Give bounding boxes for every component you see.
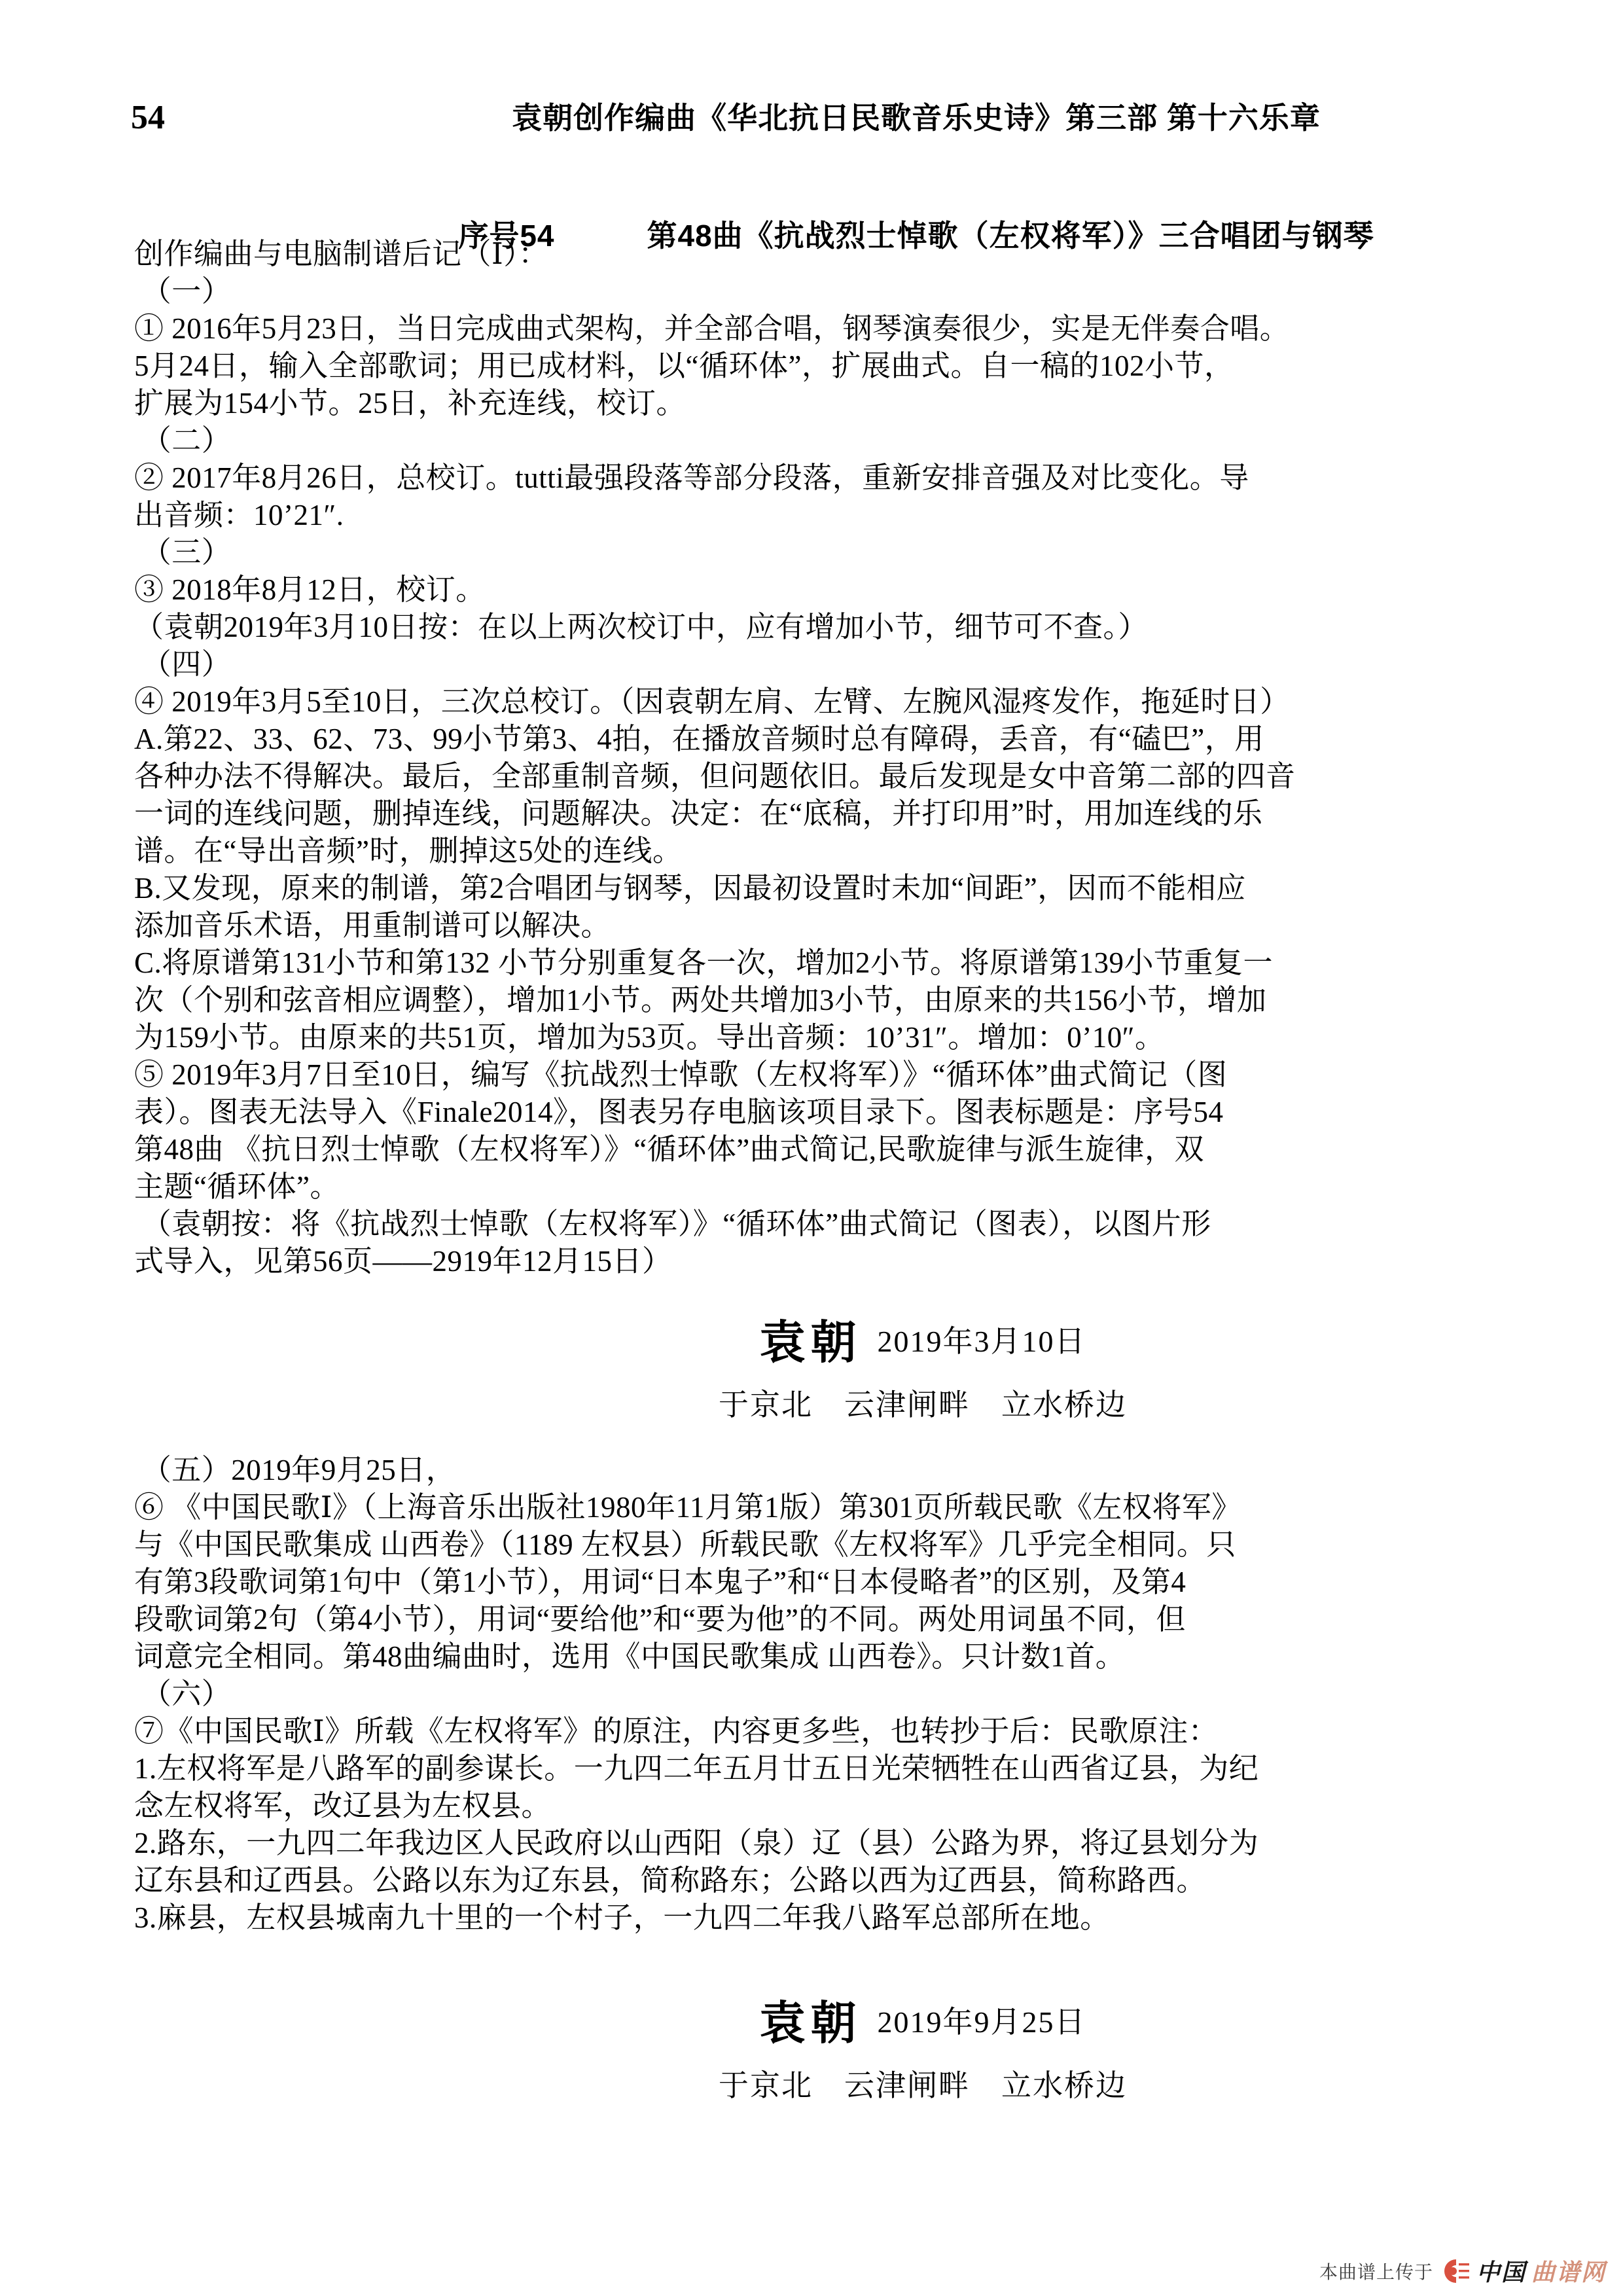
text-line: 辽东县和辽西县。公路以东为辽东县，简称路东；公路以西为辽西县，简称路西。 [134, 1862, 1508, 1899]
text-line: C.将原谱第131小节和第132 小节分别重复各一次，增加2小节。将原谱第139… [134, 944, 1508, 982]
text-line: ③ 2018年8月12日，校订。 [134, 571, 1508, 609]
text-line: （一） [134, 273, 1508, 310]
signature-1: 袁朝2019年3月10日 于京北 云津闸畔 立水桥边 [262, 1306, 1584, 1424]
author-name: 袁朝 [760, 1317, 862, 1368]
text-line: 一词的连线问题，删掉连线，问题解决。决定：在“底稿，并打印用”时，用加连线的乐 [134, 795, 1508, 833]
site-logo-icon [1442, 2257, 1471, 2286]
text-line: 谱。在“导出音频”时，删掉这5处的连线。 [134, 833, 1508, 870]
signature-date: 2019年3月10日 [878, 1325, 1086, 1358]
text-line: （三） [134, 534, 1508, 571]
text-line: 表）。图表无法导入《Finale2014》，图表另存电脑该项目录下。图表标题是：… [134, 1094, 1508, 1131]
text-line: 式导入，见第56页——2919年12月15日） [134, 1243, 1508, 1280]
header-line-1: 袁朝创作编曲《华北抗日民歌音乐史诗》第三部 第十六乐章 [216, 98, 1616, 137]
signature-2: 袁朝2019年9月25日 于京北 云津闸畔 立水桥边 [262, 1986, 1584, 2105]
text-line: （二） [134, 422, 1508, 459]
text-line: 为159小节。由原来的共51页，增加为53页。导出音频：10’31″。增加：0’… [134, 1019, 1508, 1056]
page-number: 54 [131, 98, 165, 137]
signature-2-line: 袁朝2019年9月25日 [262, 1986, 1584, 2053]
text-line: 段歌词第2句（第4小节），用词“要给他”和“要为他”的不同。两处用词虽不同，但 [134, 1601, 1508, 1638]
text-line: 第48曲 《抗日烈士悼歌（左权将军）》“循环体”曲式简记,民歌旋律与派生旋律，双 [134, 1131, 1508, 1168]
signature-date: 2019年9月25日 [878, 2005, 1086, 2039]
text-line: 扩展为154小节。25日，补充连线，校订。 [134, 385, 1508, 422]
logo-dot [1449, 2267, 1457, 2275]
postscript-section-1: 创作编曲与电脑制谱后记（Ⅰ）： （一）① 2016年5月23日，当日完成曲式架构… [134, 236, 1508, 1280]
text-line: （袁朝2019年3月10日按：在以上两次校订中，应有增加小节，细节可不查。） [134, 609, 1508, 646]
text-line: ⑥ 《中国民歌Ⅰ》（上海音乐出版社1980年11月第1版）第301页所载民歌《左… [134, 1489, 1508, 1526]
text-line: 与《中国民歌集成 山西卷》（1189 左权县）所载民歌《左权将军》几乎完全相同。… [134, 1526, 1508, 1564]
text-line: （袁朝按：将《抗战烈士悼歌（左权将军）》“循环体”曲式简记（图表），以图片形 [134, 1206, 1508, 1243]
text-line: 念左权将军，改辽县为左权县。 [134, 1787, 1508, 1825]
text-line: 1.左权将军是八路军的副参谋长。一九四二年五月廿五日光荣牺牲在山西省辽县，为纪 [134, 1750, 1508, 1787]
text-line: 有第3段歌词第1句中（第1小节），用词“日本鬼子”和“日本侵略者”的区别，及第4 [134, 1564, 1508, 1601]
signature-1-line: 袁朝2019年3月10日 [262, 1306, 1584, 1372]
text-line: （六） [134, 1676, 1508, 1713]
watermark-text: 本曲谱上传于 [1319, 2258, 1433, 2284]
text-line: 各种办法不得解决。最后，全部重制音频，但问题依旧。最后发现是女中音第二部的四音 [134, 758, 1508, 795]
text-line: ② 2017年8月26日，总校订。tutti最强段落等部分段落，重新安排音强及对… [134, 459, 1508, 497]
watermark: 本曲谱上传于 中国 曲谱网 [1319, 2254, 1606, 2287]
signature-place: 于京北 云津闸畔 立水桥边 [262, 1386, 1584, 1424]
text-line: ④ 2019年3月5至10日，三次总校订。（因袁朝左肩、左臂、左腕风湿疼发作，拖… [134, 683, 1508, 721]
postscript-section-2: （五）2019年9月25日，⑥ 《中国民歌Ⅰ》（上海音乐出版社1980年11月第… [134, 1452, 1508, 1937]
signature-place: 于京北 云津闸畔 立水桥边 [262, 2067, 1584, 2105]
text-line: 主题“循环体”。 [134, 1168, 1508, 1206]
text-line: 2.路东，一九四二年我边区人民政府以山西阳（泉）辽（县）公路为界，将辽县划分为 [134, 1825, 1508, 1862]
document-page: 袁朝创作编曲《华北抗日民歌音乐史诗》第三部 第十六乐章 序号54 第48曲《抗战… [0, 0, 1623, 2296]
text-line: 出音频：10’21″. [134, 497, 1508, 534]
text-line: 添加音乐术语，用重制谱可以解决。 [134, 907, 1508, 944]
site-name-cn: 中国 [1476, 2254, 1526, 2287]
text-line: （四） [134, 646, 1508, 683]
text-line: A.第22、33、62、73、99小节第3、4拍，在播放音频时总有障碍，丢音，有… [134, 721, 1508, 758]
text-line: 创作编曲与电脑制谱后记（Ⅰ）： [134, 236, 1508, 273]
text-line: ⑤ 2019年3月7日至10日，编写《抗战烈士悼歌（左权将军）》“循环体”曲式简… [134, 1056, 1508, 1094]
text-line: B.又发现，原来的制谱，第2合唱团与钢琴，因最初设置时未加“间距”，因而不能相应 [134, 870, 1508, 907]
text-line: 3.麻县，左权县城南九十里的一个村子，一九四二年我八路军总部所在地。 [134, 1899, 1508, 1937]
text-line: 次（个别和弦音相应调整），增加1小节。两处共增加3小节，由原来的共156小节，增… [134, 982, 1508, 1019]
site-name-suffix: 曲谱网 [1531, 2254, 1606, 2287]
text-line: ⑦《中国民歌Ⅰ》所载《左权将军》的原注，内容更多些，也转抄于后：民歌原注： [134, 1713, 1508, 1750]
text-line: ① 2016年5月23日，当日完成曲式架构，并全部合唱，钢琴演奏很少，实是无伴奏… [134, 310, 1508, 348]
author-name: 袁朝 [760, 1998, 862, 2049]
text-line: 词意完全相同。第48曲编曲时，选用《中国民歌集成 山西卷》。只计数1首。 [134, 1638, 1508, 1676]
text-line: 5月24日，输入全部歌词；用已成材料，以“循环体”，扩展曲式。自一稿的102小节… [134, 348, 1508, 385]
text-line: （五）2019年9月25日， [134, 1452, 1508, 1489]
